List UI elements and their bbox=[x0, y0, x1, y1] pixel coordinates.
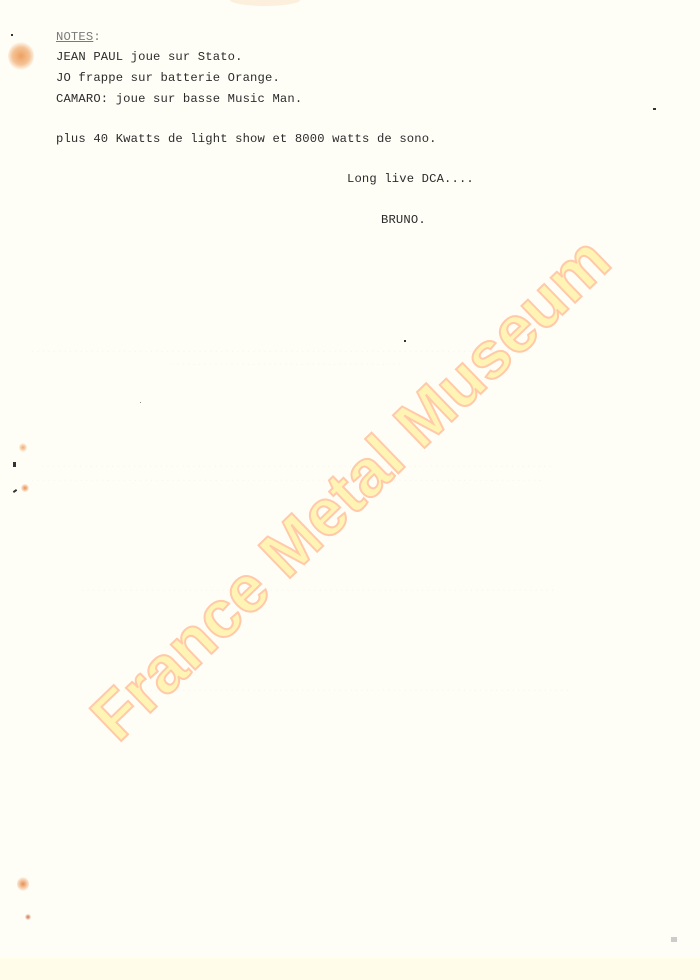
bleed-through-text: ........................................… bbox=[80, 584, 555, 594]
ink-speck bbox=[671, 937, 677, 942]
bleed-through-text: ........................................… bbox=[100, 684, 570, 694]
paper-stain bbox=[17, 877, 29, 891]
ink-speck bbox=[653, 108, 656, 110]
paper-stain bbox=[230, 0, 300, 6]
notes-heading: NOTES: bbox=[56, 30, 101, 44]
bleed-through-text: ........................................… bbox=[40, 460, 553, 470]
bleed-through-text: ........................................… bbox=[170, 358, 402, 368]
notes-heading-colon: : bbox=[93, 30, 100, 44]
notes-heading-label: NOTES bbox=[56, 30, 93, 44]
note-line: CAMARO: joue sur basse Music Man. bbox=[56, 92, 302, 106]
ink-speck bbox=[404, 340, 406, 342]
closing-line: Long live DCA.... bbox=[347, 172, 474, 186]
bleed-through-text: ........................................… bbox=[30, 474, 543, 484]
page-edge bbox=[0, 958, 700, 980]
signature: BRUNO. bbox=[381, 213, 426, 227]
ink-speck bbox=[13, 489, 17, 493]
ink-speck bbox=[13, 462, 16, 467]
ink-speck bbox=[11, 34, 13, 36]
ink-speck bbox=[140, 402, 141, 403]
paper-stain bbox=[8, 42, 34, 70]
watermark: France Metal Museum bbox=[76, 221, 625, 755]
paper-stain bbox=[21, 484, 29, 492]
equipment-line: plus 40 Kwatts de light show et 8000 wat… bbox=[56, 132, 437, 146]
document-page: ........................................… bbox=[0, 0, 700, 958]
note-line: JEAN PAUL joue sur Stato. bbox=[56, 50, 243, 64]
paper-stain bbox=[19, 443, 27, 452]
note-line: JO frappe sur batterie Orange. bbox=[56, 71, 280, 85]
bleed-through-text: ........................................… bbox=[30, 345, 532, 355]
paper-stain bbox=[25, 914, 31, 920]
